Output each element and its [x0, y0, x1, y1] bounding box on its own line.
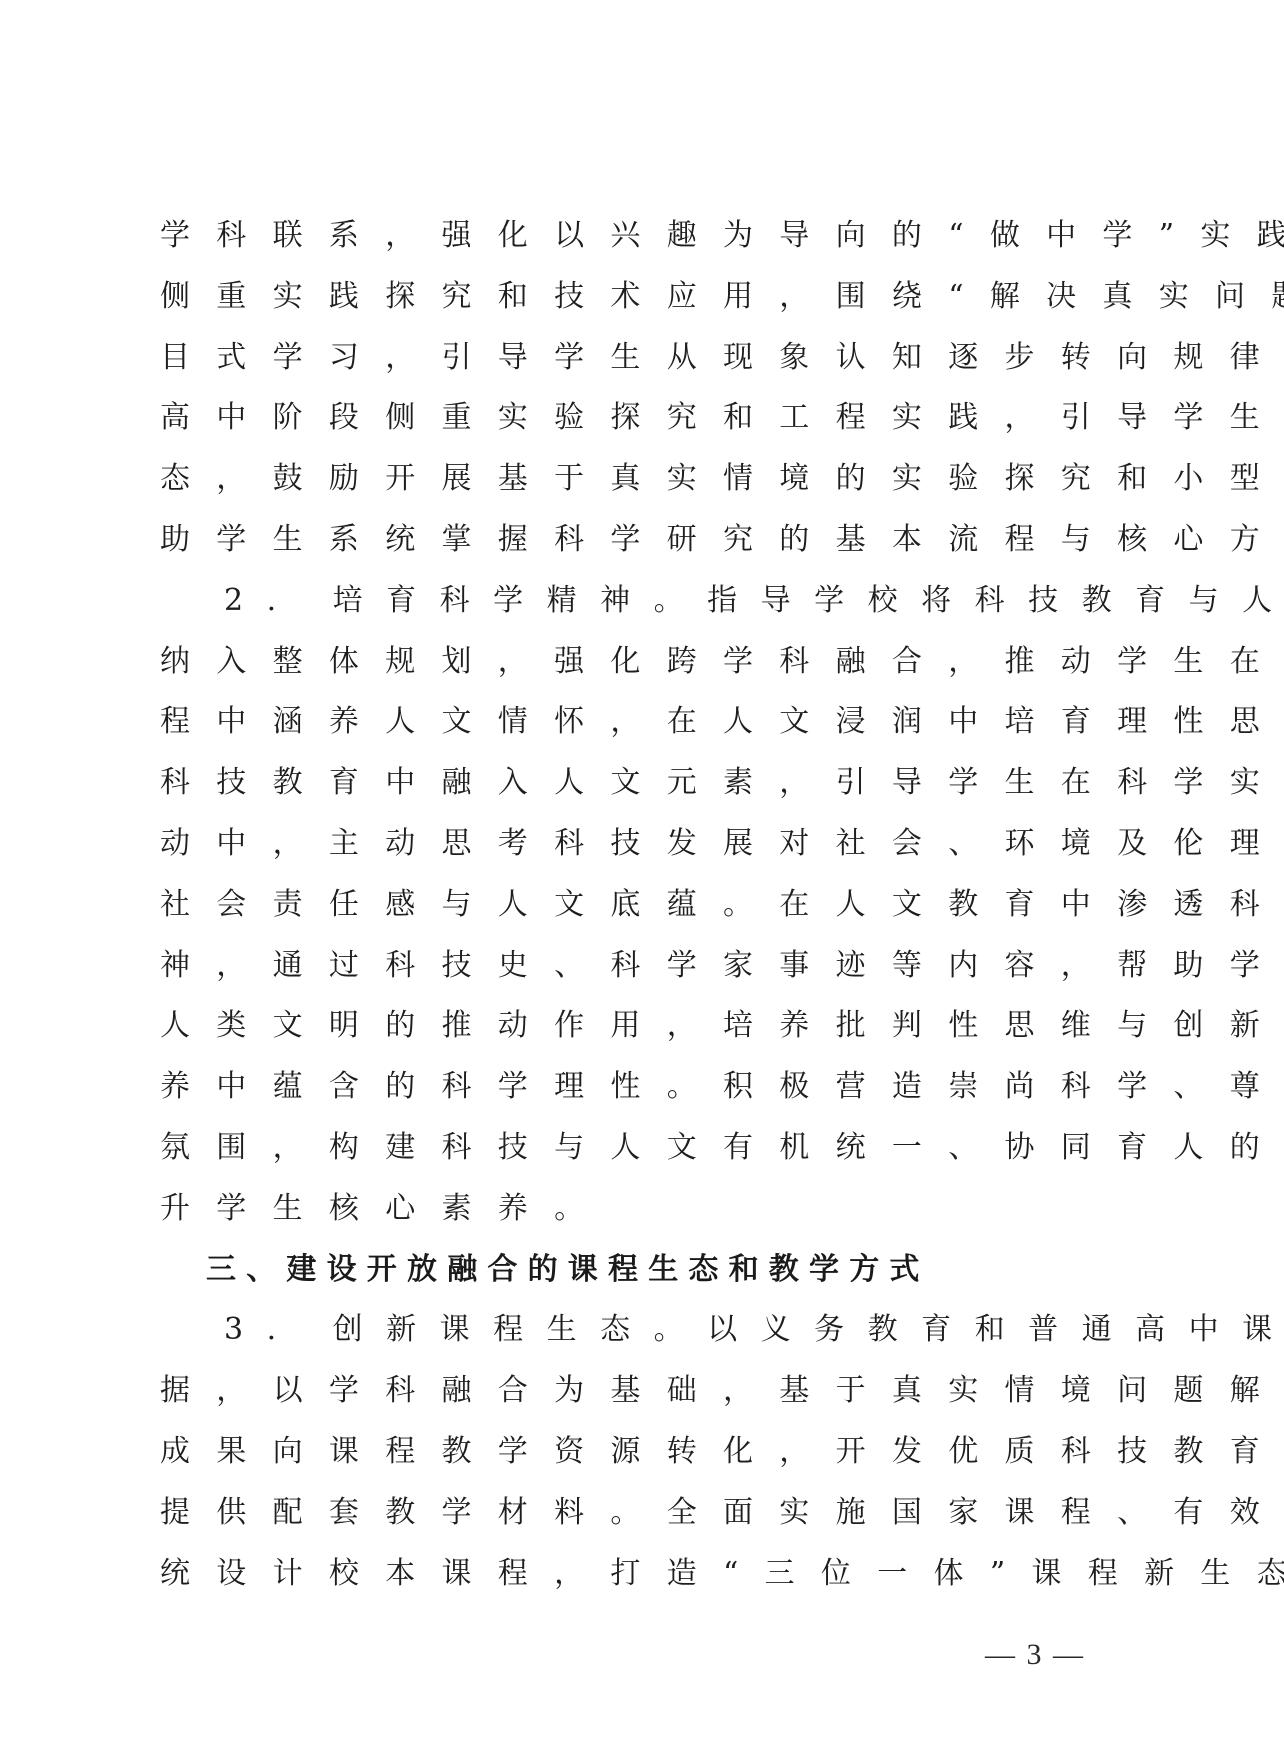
body-text: 学科联系，强化以兴趣为导向的“做中学”实践路径。初中阶段 侧重实践探究和技术应用… — [160, 206, 1150, 1604]
paragraph-line: 人类文明的推动作用，培养批判性思维与创新意识，提升人文素 — [160, 996, 1150, 1057]
paragraph-line: 侧重实践探究和技术应用，围绕“解决真实问题”开展跨学科项 — [160, 267, 1150, 328]
section-heading: 三、建设开放融合的课程生态和教学方式 — [160, 1240, 1150, 1301]
paragraph-line: 养中蕴含的科学理性。积极营造崇尚科学、尊重人文的校园文化 — [160, 1057, 1150, 1118]
page-number: — 3 — — [985, 1638, 1085, 1672]
paragraph-line: 据，以学科融合为基础，基于真实情境问题解决，加强前沿科技 — [160, 1361, 1150, 1422]
paragraph-line: 纳入整体规划，强化跨学科融合，推动学生在探究科学规律的过 — [160, 632, 1150, 693]
paragraph-line: 氛围，构建科技与人文有机统一、协同育人的良好生态，全面提 — [160, 1118, 1150, 1179]
paragraph-line: 提供配套教学材料。全面实施国家课程、有效应用地方课程、系 — [160, 1483, 1150, 1544]
paragraph-line: 成果向课程教学资源转化，开发优质科技教育课程资源，研发和 — [160, 1422, 1150, 1483]
paragraph-line: 助学生系统掌握科学研究的基本流程与核心方法。 — [160, 510, 1150, 571]
paragraph-line: 目式学习，引导学生从现象认知逐步转向规律探究和方法习得。 — [160, 328, 1150, 389]
paragraph-line: 动中，主动思考科技发展对社会、环境及伦理的深远影响，增强 — [160, 814, 1150, 875]
paragraph-line: 程中涵养人文情怀，在人文浸润中培育理性思维与创新精神。在 — [160, 692, 1150, 753]
document-page: 学科联系，强化以兴趣为导向的“做中学”实践路径。初中阶段 侧重实践探究和技术应用… — [0, 0, 1284, 1743]
paragraph-line: 学科联系，强化以兴趣为导向的“做中学”实践路径。初中阶段 — [160, 206, 1150, 267]
paragraph-line: 态，鼓励开展基于真实情境的实验探究和小型工程实践项目，帮 — [160, 449, 1150, 510]
paragraph-line: 社会责任感与人文底蕴。在人文教育中渗透科学思维与科学精 — [160, 875, 1150, 936]
paragraph-line: 科技教育中融入人文元素，引导学生在科学实验、项目探究等活 — [160, 753, 1150, 814]
paragraph-2-first-line: 2. 培育科学精神。指导学校将科技教育与人文教育协同发展 — [160, 571, 1150, 632]
paragraph-line: 神，通过科技史、科学家事迹等内容，帮助学生理解科技进步对 — [160, 936, 1150, 997]
paragraph-line: 高中阶段侧重实验探究和工程实践，引导学生了解科技前沿动 — [160, 388, 1150, 449]
paragraph-line: 统设计校本课程，打造“三位一体”课程新生态。课程资源紧密 — [160, 1544, 1150, 1605]
paragraph-3-first-line: 3. 创新课程生态。以义务教育和普通高中课程标准为主要依 — [160, 1300, 1150, 1361]
paragraph-line: 升学生核心素养。 — [160, 1179, 1150, 1240]
